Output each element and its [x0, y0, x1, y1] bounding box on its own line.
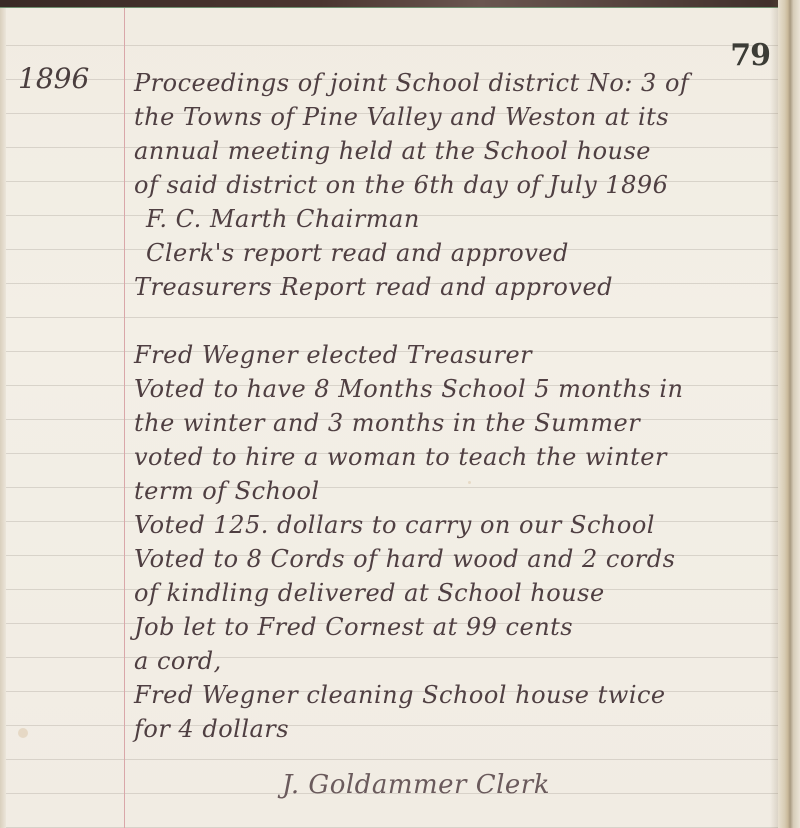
minutes-line: the winter and 3 months in the Summer	[134, 406, 784, 440]
minutes-line: Voted 125. dollars to carry on our Schoo…	[134, 508, 784, 542]
minutes-line: for 4 dollars	[134, 712, 784, 746]
blank-line	[134, 304, 784, 338]
minutes-line: Job let to Fred Cornest at 99 cents	[134, 610, 784, 644]
book-cover-edge	[0, 0, 800, 8]
minutes-line: voted to hire a woman to teach the winte…	[134, 440, 784, 474]
margin-year: 1896	[18, 62, 89, 95]
minutes-line: Voted to have 8 Months School 5 months i…	[134, 372, 784, 406]
meeting-minutes: Proceedings of joint School district No:…	[134, 66, 784, 746]
minutes-line: the Towns of Pine Valley and Weston at i…	[134, 100, 784, 134]
minutes-line: of said district on the 6th day of July …	[134, 168, 784, 202]
margin-rule	[124, 8, 125, 828]
minutes-line: Voted to 8 Cords of hard wood and 2 cord…	[134, 542, 784, 576]
minutes-line: Clerk's report read and approved	[134, 236, 784, 270]
minutes-line: term of School	[134, 474, 784, 508]
minutes-line: annual meeting held at the School house	[134, 134, 784, 168]
ledger-page: 79 1896 Proceedings of joint School dist…	[0, 0, 800, 828]
minutes-line: of kindling delivered at School house	[134, 576, 784, 610]
clerk-signature: J. Goldammer Clerk	[282, 770, 550, 800]
minutes-line: Fred Wegner cleaning School house twice	[134, 678, 784, 712]
paper-stain	[18, 728, 28, 738]
minutes-line: Treasurers Report read and approved	[134, 270, 784, 304]
chairman-line: F. C. Marth Chairman	[134, 202, 784, 236]
minutes-line: Proceedings of joint School district No:…	[134, 66, 784, 100]
minutes-line: Fred Wegner elected Treasurer	[134, 338, 784, 372]
minutes-line: a cord,	[134, 644, 784, 678]
page-left-edge	[0, 0, 6, 828]
